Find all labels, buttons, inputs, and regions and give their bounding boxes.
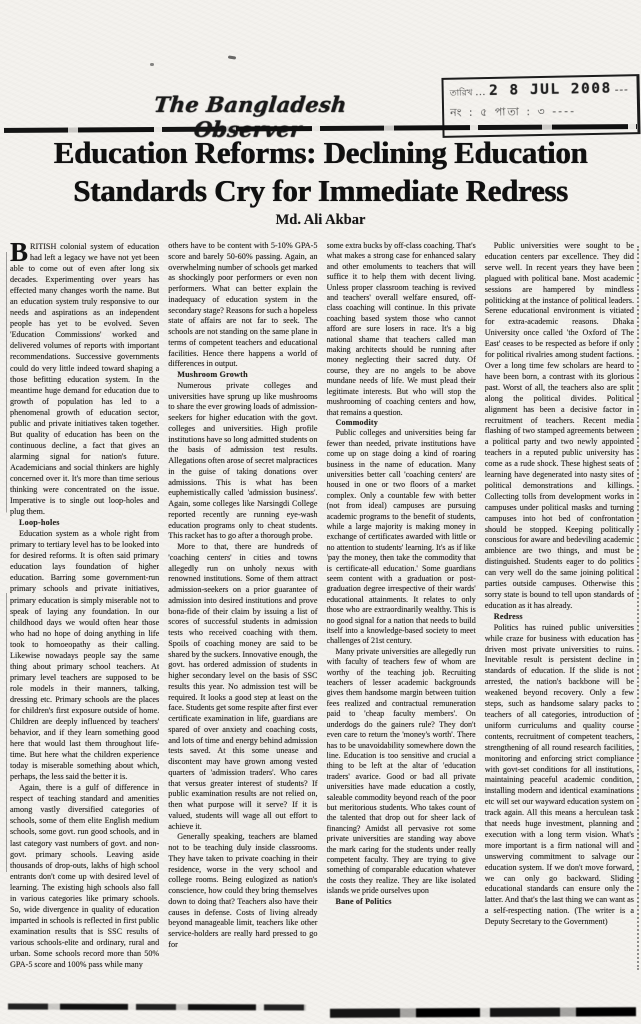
paragraph-text: More to that, there are hundreds of 'coa…	[168, 542, 317, 831]
article-column-1: BRITISH colonial system of education had…	[10, 241, 159, 1019]
stamp-date-row: তারিখ ... 2 8 JUL 2008 ---	[450, 80, 632, 100]
byline: Md. Ali Akbar	[0, 212, 641, 229]
scan-edge-line	[6, 252, 7, 872]
body-paragraph: Many private universities are allegedly …	[327, 647, 476, 897]
scan-speck	[150, 63, 154, 66]
body-paragraph: BRITISH colonial system of education had…	[10, 241, 159, 517]
paragraph-text: Education system as a whole right from p…	[10, 529, 159, 781]
section-subhead: Mushroom Growth	[168, 370, 317, 381]
body-paragraph: Again, there is a gulf of difference in …	[10, 782, 159, 970]
body-paragraph: Public colleges and universities being f…	[327, 428, 476, 647]
paragraph-text: Many private universities are allegedly …	[327, 647, 476, 895]
article-column-4: Public universities were sought to be ed…	[485, 241, 634, 1019]
drop-cap: B	[10, 241, 30, 263]
bottom-rule-smudge-right	[330, 1007, 636, 1018]
stamp-date-value: 2 8 JUL 2008	[489, 81, 612, 99]
section-subhead: Commodity	[327, 418, 476, 428]
paragraph-text: Generally speaking, teachers are blamed …	[168, 832, 317, 949]
paragraph-text: Public colleges and universities being f…	[327, 428, 476, 645]
article-column-2: others have to be content with 5-10% GPA…	[168, 241, 317, 1019]
stamp-page-row: নং : ৫ পাতা : ৩ ----	[450, 102, 632, 123]
section-subhead: Loop-holes	[10, 517, 159, 528]
body-paragraph: others have to be content with 5-10% GPA…	[168, 241, 317, 370]
headline-line-2: Standards Cry for Immediate Redress	[0, 172, 641, 210]
stamp-dots: ...	[475, 87, 486, 98]
stamp-date-label: তারিখ	[450, 85, 473, 100]
paragraph-text: Public universities were sought to be ed…	[485, 241, 634, 610]
body-paragraph: Numerous private colleges and universiti…	[168, 381, 317, 542]
body-paragraph: Generally speaking, teachers are blamed …	[168, 832, 317, 950]
paragraph-text: some extra bucks by off-class coaching. …	[327, 241, 476, 417]
paragraph-text: others have to be content with 5-10% GPA…	[168, 241, 317, 368]
headline-line-1: Education Reforms: Declining Education	[0, 134, 641, 172]
body-paragraph: Public universities were sought to be ed…	[485, 241, 634, 612]
article-column-3: some extra bucks by off-class coaching. …	[327, 241, 476, 1019]
section-subhead: Redress	[485, 612, 634, 623]
body-paragraph: Politics has ruined public universities …	[485, 623, 634, 928]
section-subhead: Bane of Politics	[327, 897, 476, 907]
headline: Education Reforms: Declining Education S…	[0, 134, 641, 210]
paragraph-text: Politics has ruined public universities …	[485, 623, 634, 926]
body-paragraph: Education system as a whole right from p…	[10, 528, 159, 782]
scan-edge-dashes	[637, 246, 639, 970]
newspaper-clipping: The Bangladesh Observer তারিখ ... 2 8 JU…	[0, 0, 641, 1024]
paragraph-text: Again, there is a gulf of difference in …	[10, 783, 159, 969]
article-columns: BRITISH colonial system of education had…	[10, 241, 634, 1019]
body-paragraph: some extra bucks by off-class coaching. …	[327, 241, 476, 418]
scan-speck	[228, 55, 236, 59]
paragraph-text: Numerous private colleges and universiti…	[168, 381, 317, 541]
paragraph-text: RITISH colonial system of education had …	[10, 242, 159, 516]
bottom-rule-smudge-left	[8, 1003, 306, 1010]
stamp-dashes: ---	[615, 83, 629, 95]
body-paragraph: More to that, there are hundreds of 'coa…	[168, 542, 317, 832]
